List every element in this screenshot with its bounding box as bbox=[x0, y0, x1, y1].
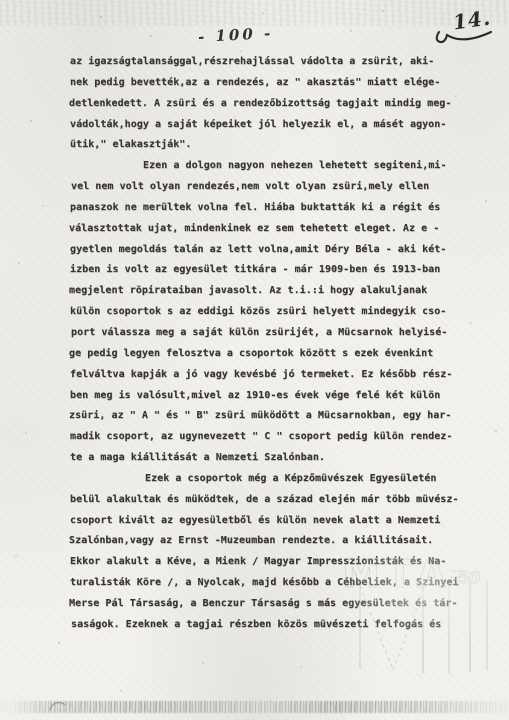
text-line: izben is volt az egyesület titkára - már… bbox=[70, 260, 465, 281]
text-line: Ekkor alakult a Kéve, a Mienk / Magyar I… bbox=[70, 552, 465, 573]
text-line: gyetlen megoldás talán az lett volna,ami… bbox=[70, 240, 465, 261]
text-line: zsüri, az " A " és " B" zsüri müködött a… bbox=[69, 406, 464, 427]
text-line: madik csoport, az ugynevezett " C " csop… bbox=[70, 427, 465, 448]
text-line: megjelent röpirataiban javasolt. Az t.i.… bbox=[69, 281, 464, 302]
text-line: port válassza meg a saját külön zsürijét… bbox=[71, 323, 466, 344]
text-line: felváltva kapják a jó vagy kevésbé jó te… bbox=[70, 365, 465, 386]
text-line: vádolták,hogy a saját képeiket jól helye… bbox=[70, 115, 465, 136]
text-line: belül alakultak és müködtek, de a század… bbox=[70, 490, 465, 511]
text-line: az igazságtalansággal,részrehajlással vá… bbox=[70, 52, 465, 73]
text-line: Merse Pál Társaság, a Benczur Társaság s… bbox=[69, 594, 464, 615]
text-line: ben meg is valósult,mivel az 1910-es éve… bbox=[70, 386, 465, 407]
center-page-number: - 100 - bbox=[198, 24, 274, 46]
scan-noise-band bbox=[0, 701, 509, 713]
typewritten-text-block: az igazságtalansággal,részrehajlással vá… bbox=[70, 52, 465, 636]
text-line: turalisták Köre /, a Nyolcak, majd későb… bbox=[70, 573, 465, 594]
text-line: Ezek a csoportok még a Képzőmüvészek Egy… bbox=[71, 469, 466, 490]
text-line: te a maga kiállitását a Nemzeti Szalónba… bbox=[70, 448, 465, 469]
scanned-document-page: 14. - 100 - az igazságtalansággal,részre… bbox=[0, 0, 509, 720]
text-line: vel nem volt olyan rendezés,nem volt oly… bbox=[71, 177, 466, 198]
text-line: detlenkedett. A zsüri és a rendezőbizott… bbox=[69, 94, 464, 115]
text-line: csoport kivált az egyesületből és külön … bbox=[70, 511, 465, 532]
text-line: saságok. Ezeknek a tagjai részben közös … bbox=[71, 615, 466, 636]
text-line: Ezen a dolgon nagyon nehezen lehetett se… bbox=[69, 156, 464, 177]
handwritten-page-number: 14. bbox=[431, 6, 497, 50]
text-line: nek pedig bevették,az a rendezés, az " a… bbox=[70, 73, 465, 94]
text-line: ge pedig legyen felosztva a csoportok kö… bbox=[69, 344, 464, 365]
text-line: választottak ujat, mindenkinek ez sem te… bbox=[69, 219, 464, 240]
text-line: panaszok ne merültek volna fel. Hiába bu… bbox=[70, 198, 465, 219]
text-line: ütik," elakasztják". bbox=[70, 135, 465, 156]
paper-speckles bbox=[0, 0, 2, 2]
text-line: külön csoportok s az eddigi közös zsüri … bbox=[70, 302, 465, 323]
text-line: Szalónban,vagy az Ernst -Muzeumban rende… bbox=[69, 531, 464, 552]
scan-artifact-mark bbox=[48, 696, 72, 714]
